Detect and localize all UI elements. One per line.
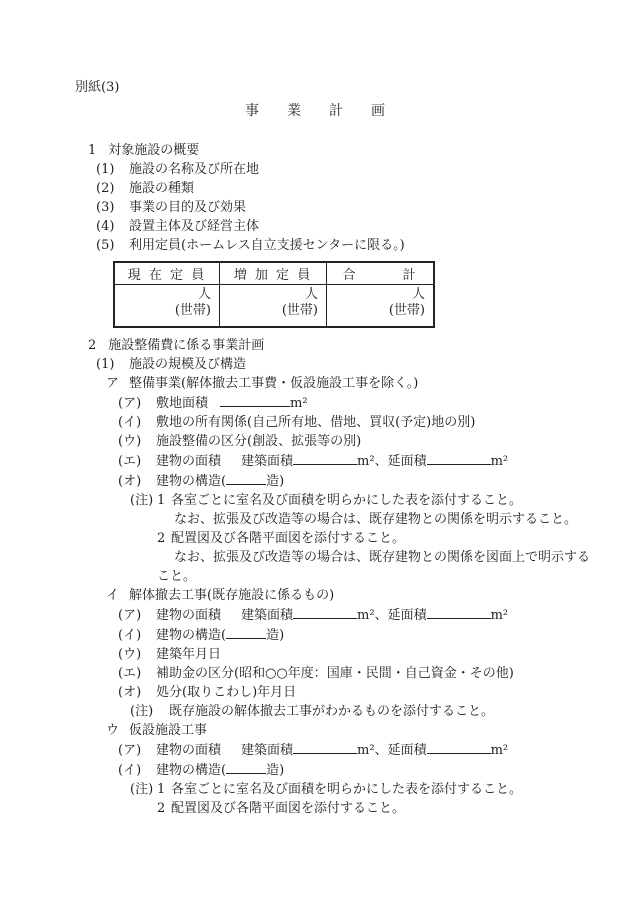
section-1-heading: 1対象施設の概要: [88, 141, 630, 160]
note-line-c-1: (注)1各室ごとに室名及び面積を明らかにした表を添付すること。: [130, 780, 630, 799]
unit-label: m²: [491, 608, 509, 623]
item-number: (イ): [118, 626, 145, 645]
structure-line-c: (イ)建物の構造(造): [118, 760, 630, 780]
table-header-current-capacity: 現 在 定 員: [114, 262, 220, 285]
sub-label: 建築面積: [241, 454, 293, 469]
unit-label: m²: [491, 454, 509, 469]
item-number: (オ): [118, 472, 145, 491]
block-b-heading: イ解体撤去工事(既存施設に係るもの): [106, 586, 630, 605]
block-c-heading: ウ仮設施設工事: [106, 721, 630, 740]
capacity-table-header-row: 現 在 定 員 増 加 定 員 合 計: [114, 262, 434, 285]
item-number: (エ): [118, 452, 145, 471]
item-text: 建物の面積: [156, 454, 221, 469]
sub-label: 延面積: [388, 743, 427, 758]
blank-field: [226, 471, 266, 485]
item-text: 造): [266, 763, 284, 778]
item-text: 補助金の区分(昭和○○年度：国庫・民間・自己資金・その他): [156, 666, 514, 681]
blank-field: [226, 760, 266, 774]
item-text: 建築年月日: [156, 647, 221, 662]
list-item-a-u: (ウ)施設整備の区分(創設、拡張等の別): [118, 432, 630, 451]
item-text: 敷地の所有関係(自己所有地、借地、買収(予定)地の別): [156, 415, 475, 430]
item-number: イ: [106, 586, 120, 605]
section-2-heading: 2施設整備費に係る事業計画: [88, 336, 630, 355]
attachment-label: 別紙(3): [75, 78, 630, 97]
structure-line-b: (イ)建物の構造(造): [118, 625, 630, 645]
note-label: (注): [130, 702, 157, 721]
item-text: 整備事業(解体撤去工事費・仮設施設工事を除く。): [129, 376, 418, 391]
item-text: 施設の名称及び所在地: [129, 162, 259, 177]
item-number: (1): [96, 355, 119, 374]
unit-label: m²: [491, 743, 509, 758]
list-item-1-5: (5)利用定員(ホームレス自立支援センターに限る。): [96, 236, 630, 255]
note-line-a-1: (注)1各室ごとに室名及び面積を明らかにした表を添付すること。: [130, 491, 630, 510]
document-title: 事 業 計 画: [0, 101, 630, 121]
blank-field: [293, 740, 357, 754]
item-text: 敷地面積: [156, 396, 208, 411]
unit-household: (世帯): [224, 303, 318, 319]
note-number: 2: [157, 799, 171, 818]
building-area-line-c: (ア)建物の面積建築面積m²、延面積m²: [118, 740, 630, 760]
note-continuation: なお、拡張及び改造等の場合は、既存建物との関係を図面上で明示する: [174, 548, 630, 567]
item-number: ア: [106, 374, 120, 393]
list-item-1-2: (2)施設の種類: [96, 179, 630, 198]
section-title: 対象施設の概要: [108, 143, 199, 158]
note-line-a-2: 2配置図及び各階平面図を添付すること。: [157, 529, 630, 548]
table-cell-total: 人 (世帯): [327, 285, 435, 328]
list-item-b-u: (ウ)建築年月日: [118, 645, 630, 664]
item-text: 施設整備の区分(創設、拡張等の別): [156, 434, 361, 449]
item-number: (1): [96, 160, 119, 179]
unit-household: (世帯): [119, 303, 211, 319]
note-text: 各室ごとに室名及び面積を明らかにした表を添付すること。: [171, 782, 522, 797]
note-text: 配置図及び各階平面図を添付すること。: [171, 531, 405, 546]
table-header-total: 合 計: [327, 262, 435, 285]
item-number: (5): [96, 236, 119, 255]
note-continuation: なお、拡張及び改造等の場合は、既存建物との関係を明示すること。: [174, 510, 630, 529]
note-number: 1: [157, 491, 171, 510]
unit-label: m²、: [357, 454, 388, 469]
document-page: 別紙(3) 事 業 計 画 1対象施設の概要 (1)施設の名称及び所在地 (2)…: [0, 0, 630, 916]
item-text: 設置主体及び経営主体: [129, 219, 259, 234]
blank-field: [293, 451, 357, 465]
item-number: (イ): [118, 413, 145, 432]
item-number: (ア): [118, 394, 145, 413]
note-label: (注): [130, 491, 157, 510]
unit-person: 人: [119, 287, 211, 303]
capacity-table: 現 在 定 員 増 加 定 員 合 計 人 (世帯) 人 (世帯) 人 (世帯): [113, 261, 435, 328]
item-number: (エ): [118, 664, 145, 683]
item-number: (イ): [118, 761, 145, 780]
blank-field: [226, 625, 266, 639]
section-number: 2: [88, 336, 96, 355]
item-text: 仮設施設工事: [129, 723, 207, 738]
blank-field: [427, 605, 491, 619]
item-text: 建物の構造(: [156, 474, 226, 489]
unit-label: m²: [290, 396, 308, 411]
blank-field: [427, 451, 491, 465]
note-text: 各室ごとに室名及び面積を明らかにした表を添付すること。: [171, 493, 522, 508]
note-number: 1: [157, 780, 171, 799]
unit-person: 人: [224, 287, 318, 303]
item-number: (ア): [118, 606, 145, 625]
unit-label: m²、: [357, 608, 388, 623]
table-cell-added: 人 (世帯): [220, 285, 327, 328]
item-text: 建物の面積: [156, 608, 221, 623]
capacity-table-body-row: 人 (世帯) 人 (世帯) 人 (世帯): [114, 285, 434, 328]
note-line-b: (注)既存施設の解体撤去工事がわかるものを添付すること。: [130, 702, 630, 721]
list-item-1-3: (3)事業の目的及び効果: [96, 198, 630, 217]
table-header-added-capacity: 増 加 定 員: [220, 262, 327, 285]
item-number: (ウ): [118, 432, 145, 451]
item-text: 造): [266, 628, 284, 643]
blank-field: [220, 393, 290, 407]
item-number: ウ: [106, 721, 120, 740]
list-item-b-e: (エ)補助金の区分(昭和○○年度：国庫・民間・自己資金・その他): [118, 664, 630, 683]
item-text: 造): [266, 474, 284, 489]
building-area-line-b: (ア)建物の面積建築面積m²、延面積m²: [118, 605, 630, 625]
unit-person: 人: [331, 287, 425, 303]
note-text: 配置図及び各階平面図を添付すること。: [171, 801, 405, 816]
blank-field: [427, 740, 491, 754]
item-text: 施設の規模及び構造: [129, 357, 246, 372]
item-number: (ウ): [118, 645, 145, 664]
item-text: 事業の目的及び効果: [129, 200, 246, 215]
list-item-1-4: (4)設置主体及び経営主体: [96, 217, 630, 236]
subsection-2-1: (1)施設の規模及び構造: [96, 355, 630, 374]
item-number: (ア): [118, 741, 145, 760]
note-number: 2: [157, 529, 171, 548]
item-text: 建物の構造(: [156, 628, 226, 643]
sub-label: 延面積: [388, 608, 427, 623]
item-text: 解体撤去工事(既存施設に係るもの): [129, 588, 334, 603]
item-number: (オ): [118, 683, 145, 702]
sub-label: 建築面積: [241, 743, 293, 758]
site-area-line: (ア)敷地面積m²: [118, 393, 630, 413]
table-cell-current: 人 (世帯): [114, 285, 220, 328]
item-text: 処分(取りこわし)年月日: [156, 685, 296, 700]
item-text: 建物の面積: [156, 743, 221, 758]
unit-household: (世帯): [331, 303, 425, 319]
structure-line-a: (オ)建物の構造(造): [118, 471, 630, 491]
building-area-line-a: (エ)建物の面積建築面積m²、延面積m²: [118, 451, 630, 471]
item-number: (4): [96, 217, 119, 236]
sub-label: 延面積: [388, 454, 427, 469]
item-text: 建物の構造(: [156, 763, 226, 778]
note-label: (注): [130, 780, 157, 799]
blank-field: [293, 605, 357, 619]
note-text: 既存施設の解体撤去工事がわかるものを添付すること。: [169, 704, 494, 719]
section-number: 1: [88, 141, 96, 160]
item-text: 利用定員(ホームレス自立支援センターに限る。): [129, 238, 405, 253]
list-item-b-o: (オ)処分(取りこわし)年月日: [118, 683, 630, 702]
item-number: (3): [96, 198, 119, 217]
note-line-c-2: 2配置図及び各階平面図を添付すること。: [157, 799, 630, 818]
note-continuation-end: こと。: [157, 567, 630, 586]
list-item-1-1: (1)施設の名称及び所在地: [96, 160, 630, 179]
unit-label: m²、: [357, 743, 388, 758]
section-title: 施設整備費に係る事業計画: [108, 338, 264, 353]
list-item-a-i: (イ)敷地の所有関係(自己所有地、借地、買収(予定)地の別): [118, 413, 630, 432]
sub-label: 建築面積: [241, 608, 293, 623]
item-text: 施設の種類: [129, 181, 194, 196]
block-a-heading: ア整備事業(解体撤去工事費・仮設施設工事を除く。): [106, 374, 630, 393]
item-number: (2): [96, 179, 119, 198]
